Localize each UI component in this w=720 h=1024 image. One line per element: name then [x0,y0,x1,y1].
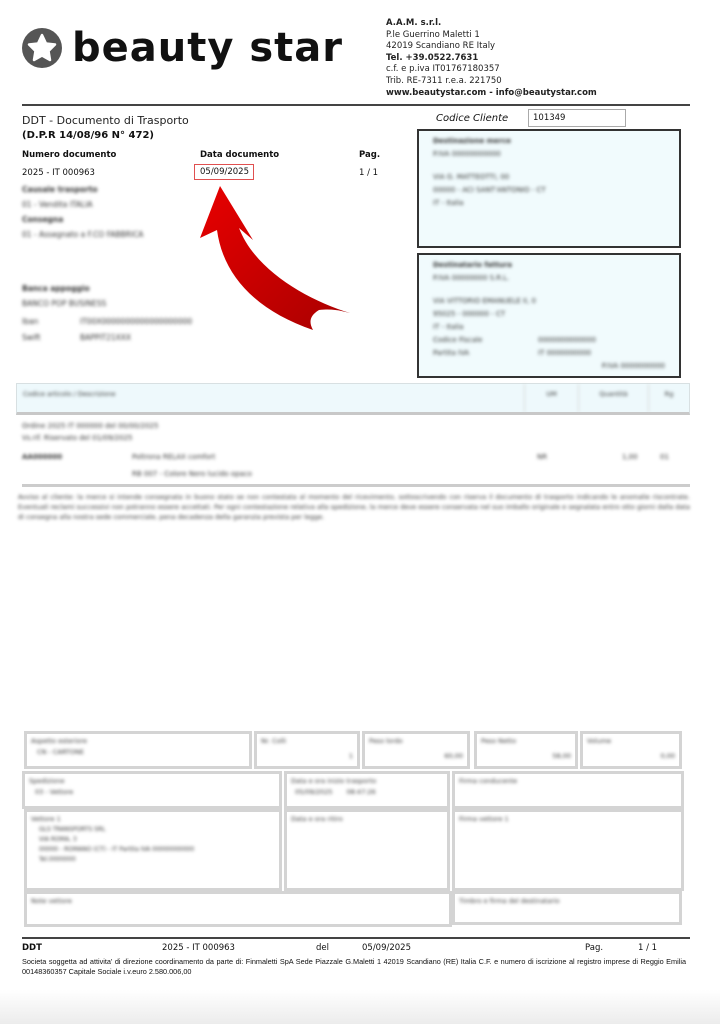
number-label: Numero documento [22,150,116,160]
company-address1: P.le Guerrino Maletti 1 [386,30,597,42]
billing-box: Destinatario fattura P.IVA 00000000 S.R.… [417,253,681,378]
company-vat: c.f. e p.iva IT01767180357 [386,64,597,76]
col-qty: Quantità [579,384,649,412]
document-law: (D.P.R 14/08/96 N° 472) [22,130,154,141]
vettore-box: Vettore 1 GLS TRANSPORTS SRL VIA ROMA, 3… [24,809,282,891]
iban-label: Iban [22,314,38,329]
col-rg: Rg [649,384,689,412]
footer-legal-note: Societa soggetta ad attivita' di direzio… [22,957,686,977]
company-address2: 42019 Scandiano RE Italy [386,41,597,53]
footer-date: 05/09/2025 [362,943,411,953]
spedizione-box: Spedizione 03 - Vettore [22,771,282,809]
bank-info: Banca appoggio BANCO POP BUSINESS [22,281,106,311]
destination-box: Destinazione merce P.IVA 00000000000 VIA… [417,129,681,248]
footer-divider [22,937,690,939]
notice-paragraph: Avviso al cliente: la merce si intende c… [18,492,690,522]
date-label: Data documento [200,150,279,160]
item-variant: RB 007 - Colore Nero lucido opaco [132,468,252,480]
swift-label: Swift [22,330,40,345]
customer-code-label: Codice Cliente [436,113,508,124]
item-code: AA000000 [22,451,62,463]
header-divider [22,104,690,106]
page-number: 1 / 1 [359,168,378,178]
aspetto-box: Aspetto esteriore CN - CARTONE [24,731,252,769]
data-ritiro-box: Data e ora ritiro [284,809,450,891]
iban-value: IT00X0000000000000000000 [80,314,192,329]
swift-value: BAPPIT21XXX [80,330,131,345]
item-um: NR [537,451,547,463]
item-rg: 01 [660,451,669,463]
item-qty: 1,00 [622,451,638,463]
customer-code: 101349 [528,109,626,127]
annotation-arrow-icon [195,180,355,340]
footer-page-label: Pag. [585,943,603,953]
note-vettore-box: Note vettore [24,891,452,927]
firma-conducente-box: Firma conducente [452,771,684,809]
item-description: Poltrona RELAX comfort [132,451,215,463]
table-divider [22,484,690,487]
transport-info: Causale trasporto 01 - Vendita ITALIA Co… [22,182,143,242]
document-title: DDT - Documento di Trasporto [22,114,189,127]
firma-destinatario-box: Timbro e firma del destinatario [452,891,682,925]
brand-logo: beauty star [22,26,343,70]
page-label: Pag. [359,150,380,160]
company-phone: Tel. +39.0522.7631 [386,53,597,65]
footer-doc-type: DDT [22,943,42,953]
footer-number: 2025 - IT 000963 [162,943,235,953]
col-description: Codice articolo / Descrizione [17,384,525,412]
volume-box: Volume 0,00 [580,731,682,769]
peso-lordo-box: Peso lordo 60,00 [362,731,470,769]
company-web: www.beautystar.com - info@beautystar.com [386,88,597,100]
col-um: UM [525,384,579,412]
reference-line: Vs.rif. Riservato del 01/09/2025 [22,432,132,444]
footer-page: 1 / 1 [638,943,657,953]
company-name: A.A.M. s.r.l. [386,18,597,30]
page-bottom-shade [0,990,720,1024]
colli-box: Nr. Colli 1 [254,731,360,769]
items-table-header: Codice articolo / Descrizione UM Quantit… [16,383,690,415]
company-trib: Trib. RE-7311 r.e.a. 221750 [386,76,597,88]
document-number: 2025 - IT 000963 [22,168,95,178]
star-badge-icon [22,28,62,68]
brand-name: beauty star [72,28,343,68]
order-line: Ordine 2025 IT 000000 del 00/00/2025 [22,420,158,432]
data-trasporto-box: Data e ora inizio trasporto 05/09/2025 0… [284,771,450,809]
document-date: 05/09/2025 [194,164,254,180]
footer-del: del [316,943,329,953]
firma-vettore-box: Firma vettore 1 [452,809,684,891]
peso-netto-box: Peso Netto 58,00 [474,731,578,769]
company-info: A.A.M. s.r.l. P.le Guerrino Maletti 1 42… [386,18,597,99]
